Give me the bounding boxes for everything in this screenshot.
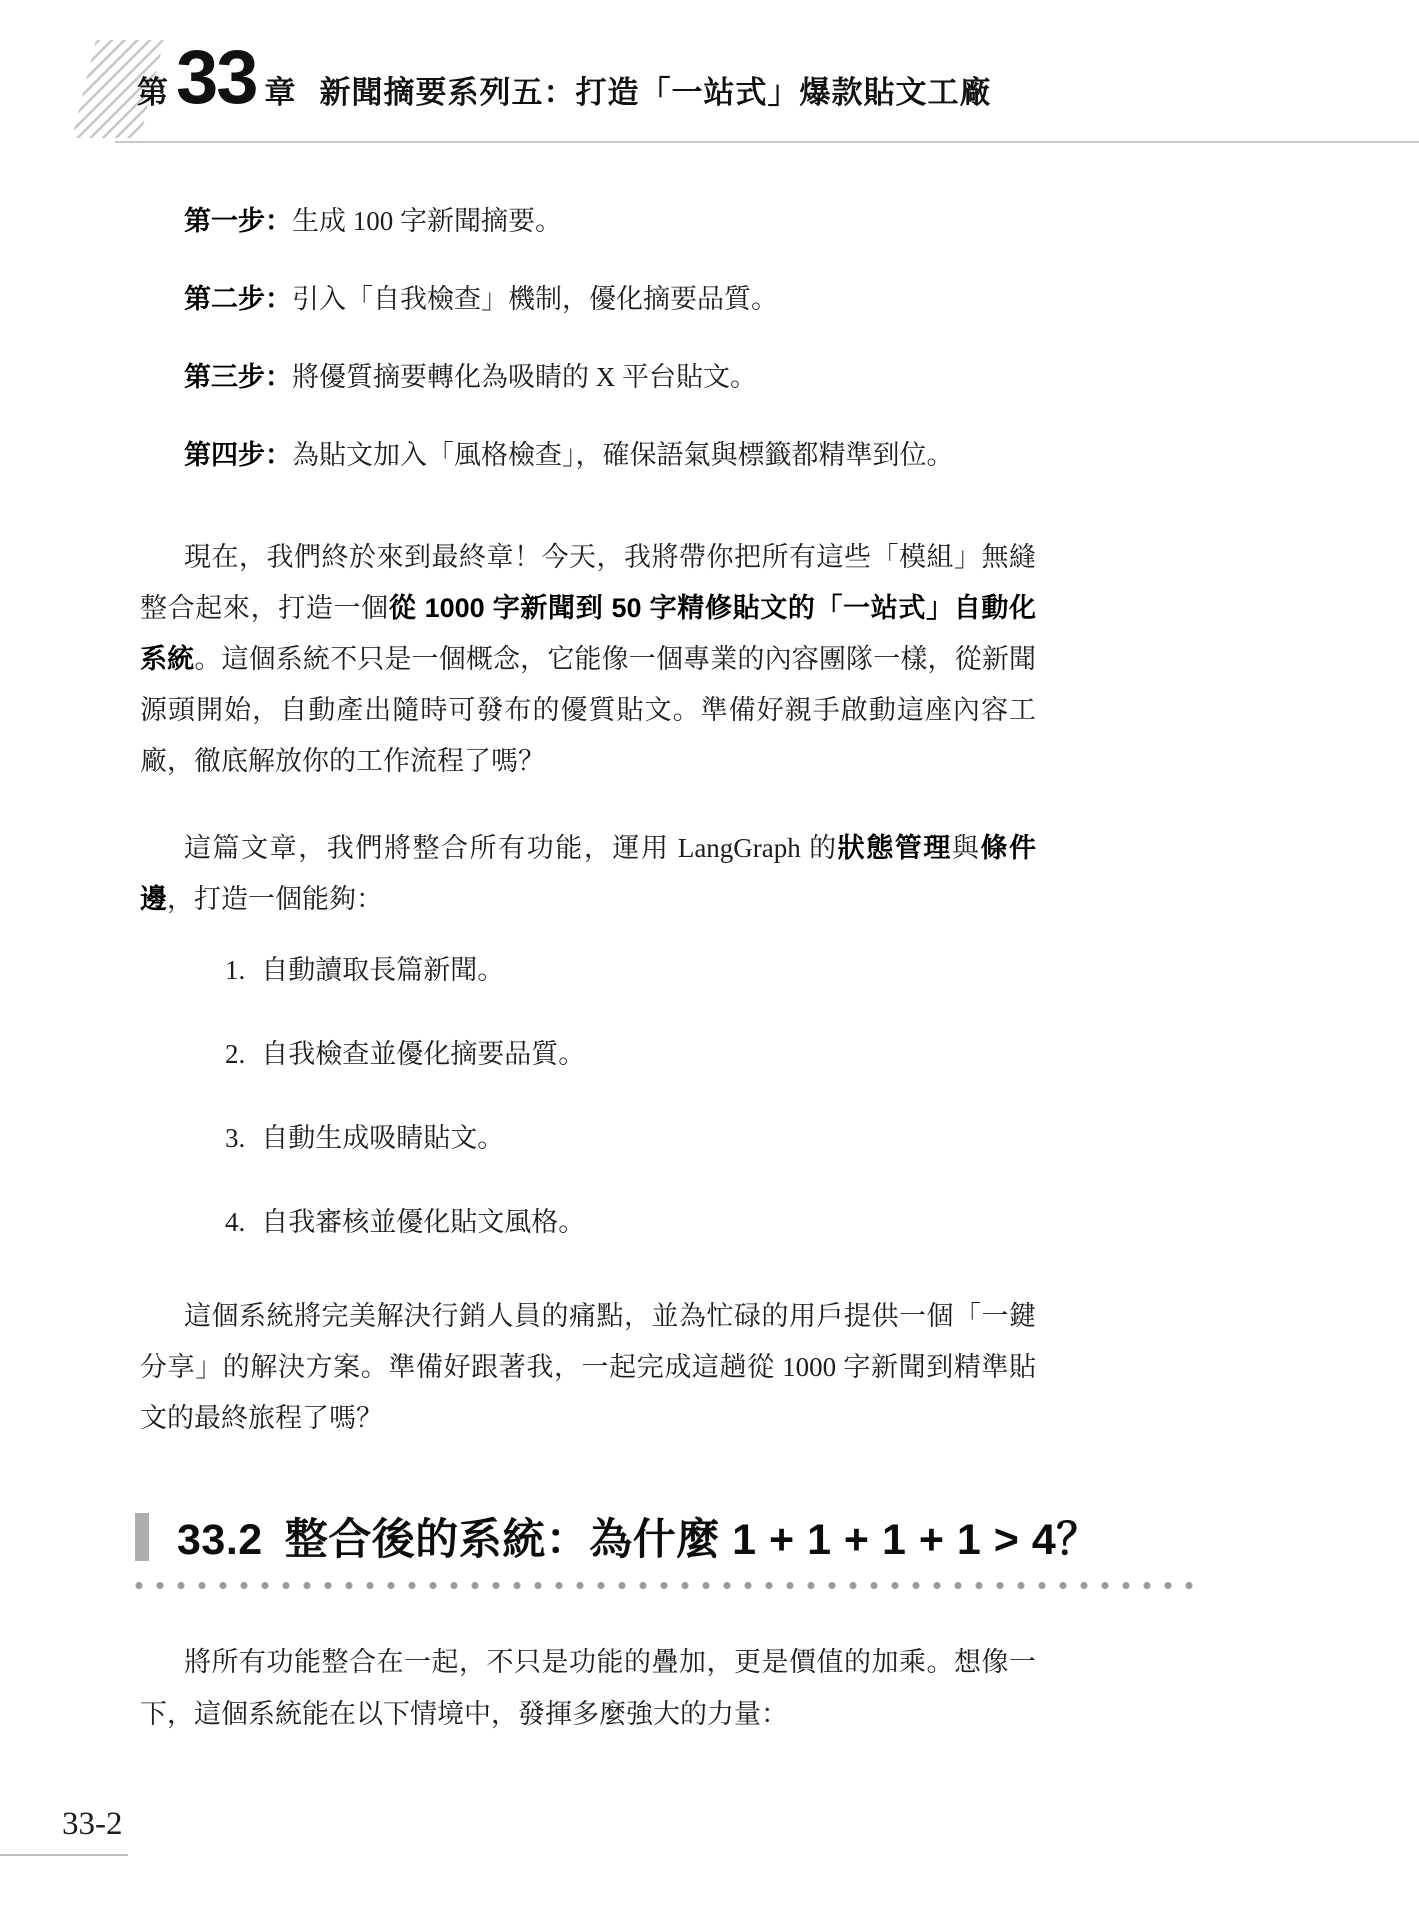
list-item-text: 自動生成吸睛貼文。 — [261, 1123, 504, 1153]
state-management-bold: 狀態管理 — [838, 833, 952, 863]
paragraph-langgraph-text-3: ，打造一個能夠： — [167, 884, 383, 914]
dotted-divider — [135, 1581, 1205, 1590]
step-text: 將優質摘要轉化為吸睛的 X 平台貼文。 — [292, 362, 757, 392]
step-label: 第一步： — [184, 206, 292, 236]
step-line-3: 第三步：將優質摘要轉化為吸睛的 X 平台貼文。 — [140, 362, 1036, 392]
paragraph-intro: 現在，我們終於來到最終章！今天，我將帶你把所有這些「模組」無縫整合起來，打造一個… — [140, 532, 1036, 787]
list-item-text: 自我審核並優化貼文風格。 — [261, 1207, 585, 1237]
list-item-number: 1. — [225, 955, 245, 985]
step-text: 引入「自我檢查」機制，優化摘要品質。 — [292, 284, 778, 314]
step-text: 生成 100 字新聞摘要。 — [292, 206, 562, 236]
steps-block: 第一步：生成 100 字新聞摘要。 第二步：引入「自我檢查」機制，優化摘要品質。… — [140, 206, 1036, 470]
list-item-2: 2.自我檢查並優化摘要品質。 — [225, 1039, 1036, 1069]
list-item-4: 4.自我審核並優化貼文風格。 — [225, 1207, 1036, 1237]
chapter-prefix: 第 — [137, 67, 168, 112]
section-heading-33-2: 33.2整合後的系統：為什麼 1 + 1 + 1 + 1 > 4？ — [140, 1506, 1036, 1590]
paragraph-langgraph-text: 這篇文章，我們將整合所有功能，運用 LangGraph 的 — [184, 833, 838, 863]
paragraph-langgraph-text-2: 與 — [952, 833, 981, 863]
list-item-number: 3. — [225, 1123, 245, 1153]
section-title-text: 整合後的系統：為什麼 1 + 1 + 1 + 1 > 4？ — [285, 1516, 1100, 1564]
paragraph-closing: 將所有功能整合在一起，不只是功能的疊加，更是價值的加乘。想像一下，這個系統能在以… — [140, 1636, 1036, 1740]
paragraph-painpoint: 這個系統將完美解決行銷人員的痛點，並為忙碌的用戶提供一個「一鍵分享」的解決方案。… — [140, 1291, 1036, 1444]
section-heading-bar — [135, 1513, 149, 1561]
paragraph-langgraph: 這篇文章，我們將整合所有功能，運用 LangGraph 的狀態管理與條件邊，打造… — [140, 823, 1036, 925]
section-title-row: 33.2整合後的系統：為什麼 1 + 1 + 1 + 1 > 4？ — [140, 1506, 1036, 1567]
step-label: 第四步： — [184, 440, 292, 470]
list-item-number: 2. — [225, 1039, 245, 1069]
step-label: 第三步： — [184, 362, 292, 392]
book-page: 第 33 章 新聞摘要系列五：打造「一站式」爆款貼文工廠 第一步：生成 100 … — [0, 0, 1419, 1920]
list-item-text: 自我檢查並優化摘要品質。 — [261, 1039, 585, 1069]
step-line-4: 第四步：為貼文加入「風格檢查」，確保語氣與標籤都精準到位。 — [140, 440, 1036, 470]
section-title: 33.2整合後的系統：為什麼 1 + 1 + 1 + 1 > 4？ — [177, 1506, 1100, 1567]
paragraph-intro-text-2: 。這個系統不只是一個概念，它能像一個專業的內容團隊一樣，從新聞源頭開始，自動產出… — [140, 644, 1036, 776]
step-line-2: 第二步：引入「自我檢查」機制，優化摘要品質。 — [140, 284, 1036, 314]
list-item-text: 自動讀取長篇新聞。 — [261, 955, 504, 985]
step-text: 為貼文加入「風格檢查」，確保語氣與標籤都精準到位。 — [292, 440, 954, 470]
section-number: 33.2 — [177, 1516, 263, 1564]
chapter-title: 新聞摘要系列五：打造「一站式」爆款貼文工廠 — [320, 67, 992, 112]
list-item-1: 1.自動讀取長篇新聞。 — [225, 955, 1036, 985]
list-item-number: 4. — [225, 1207, 245, 1237]
chapter-header: 第 33 章 新聞摘要系列五：打造「一站式」爆款貼文工廠 — [137, 38, 1399, 118]
footer-divider — [0, 1854, 128, 1856]
step-label: 第二步： — [184, 284, 292, 314]
step-line-1: 第一步：生成 100 字新聞摘要。 — [140, 206, 1036, 236]
chapter-number: 33 — [176, 38, 257, 118]
list-item-3: 3.自動生成吸睛貼文。 — [225, 1123, 1036, 1153]
page-number: 33-2 — [62, 1806, 123, 1843]
numbered-list: 1.自動讀取長篇新聞。 2.自我檢查並優化摘要品質。 3.自動生成吸睛貼文。 4… — [140, 955, 1036, 1237]
chapter-suffix: 章 — [265, 67, 296, 112]
main-text-column: 第一步：生成 100 字新聞摘要。 第二步：引入「自我檢查」機制，優化摘要品質。… — [140, 142, 1036, 1740]
